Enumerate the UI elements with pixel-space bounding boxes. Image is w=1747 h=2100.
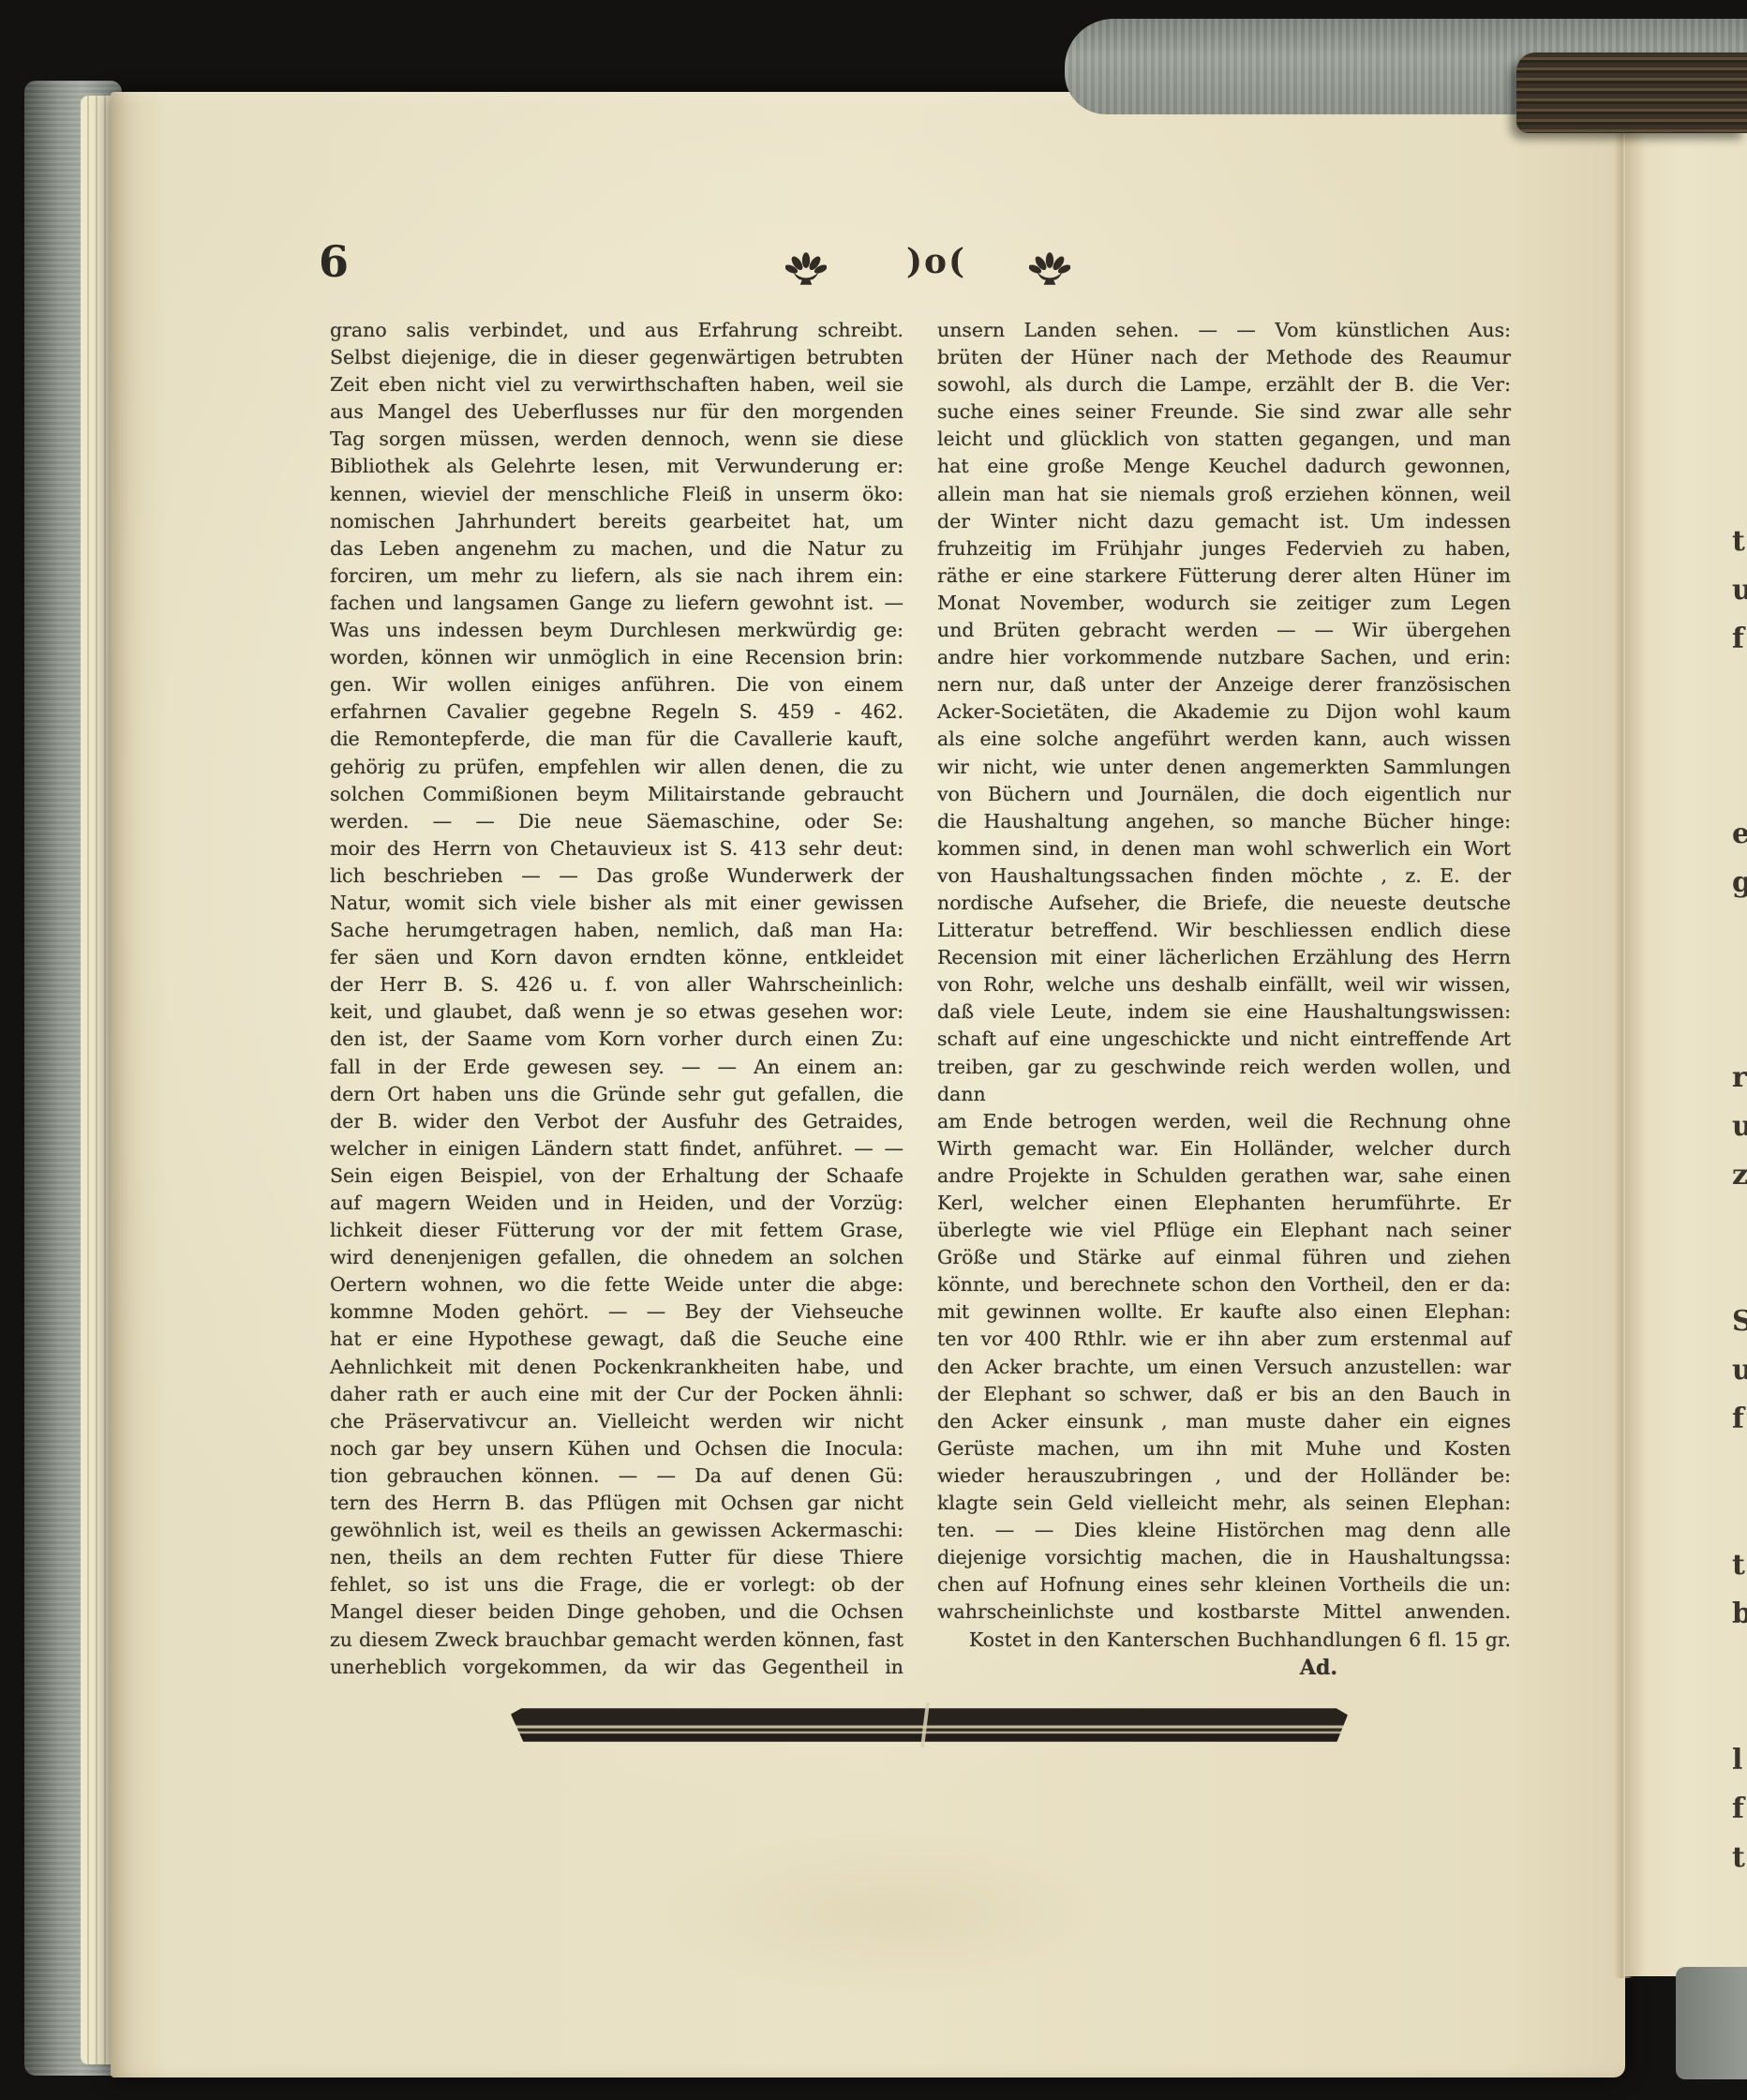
text-line: am Ende betrogen werden, weil die Rechnu… [937,1108,1511,1135]
text-line: den Acker brachte, um einen Versuch anzu… [937,1354,1511,1381]
text-line: daher rath er auch eine mit der Cur der … [330,1381,903,1408]
text-line: wieder herauszubringen , und der Holländ… [937,1462,1511,1490]
text-line: tion gebrauchen können. — — Da auf denen… [330,1462,903,1490]
text-line: und Brüten gebracht werden — — Wir überg… [937,617,1511,644]
text-line: wir nicht, wie unter denen angemerkten S… [937,754,1511,781]
text-line: brüten der Hüner nach der Methode des Re… [937,344,1511,371]
text-line: als eine solche angeführt werden kann, a… [937,726,1511,753]
text-line: von Rohr, welche uns deshalb einfällt, w… [937,971,1511,998]
text-line: fer säen und Korn davon erndten könne, e… [330,944,903,971]
text-line: welcher in einigen Ländern statt findet,… [330,1135,903,1162]
text-line: kennen, wieviel der menschliche Fleiß in… [330,481,903,508]
text-line: lichkeit dieser Fütterung vor der mit fe… [330,1217,903,1244]
text-line: chen auf Hofnung eines sehr kleinen Vort… [937,1571,1511,1598]
text-line: der Elephant so schwer, daß er bis an de… [937,1381,1511,1408]
text-line: fachen und langsamen Gange zu liefern ge… [330,590,903,617]
text-line: lich beschrieben — — Das große Wunderwer… [330,862,903,890]
text-line: klagte sein Geld vielleicht mehr, als se… [937,1490,1511,1517]
text-line: andre hier vorkommende nutzbare Sachen, … [937,644,1511,671]
page-number: 6 [319,236,349,287]
text-line: werden. — — Die neue Säemaschine, oder S… [330,808,903,835]
text-line: den ist, der Saame vom Korn vorher durch… [330,1026,903,1053]
left-text-column: grano salis verbindet, und aus Erfahrung… [330,317,903,1681]
text-line: solchen Commißionen beym Militairstande … [330,781,903,808]
text-line: Wirth gemacht war. Ein Holländer, welche… [937,1135,1511,1162]
text-line: Acker-Societäten, die Akademie zu Dijon … [937,698,1511,726]
text-line: sowohl, als durch die Lampe, erzählt der… [937,371,1511,398]
right-text-column: unsern Landen sehen. — — Vom künstlichen… [937,317,1511,1682]
text-line: erfahrnen Cavalier gegebne Regeln S. 459… [330,698,903,726]
text-line: räthe er eine starkere Fütterung derer a… [937,562,1511,590]
text-line: könnte, und berechnete schon den Vorthei… [937,1271,1511,1298]
text-line: andre Projekte in Schulden gerathen war,… [937,1162,1511,1190]
text-line: dern Ort haben uns die Gründe sehr gut g… [330,1081,903,1108]
text-line: aus Mangel des Ueberflusses nur für den … [330,398,903,426]
text-line: ten. — — Dies kleine Histörchen mag denn… [937,1517,1511,1544]
text-line: diejenige vorsichtig machen, die in Haus… [937,1544,1511,1571]
text-line: der Winter nicht dazu gemacht ist. Um in… [937,508,1511,535]
text-line: forciren, um mehr zu liefern, als sie na… [330,562,903,590]
text-line: schaft auf eine ungeschickte und nicht e… [937,1026,1511,1053]
text-line: mit gewinnen wollte. Er kaufte also eine… [937,1298,1511,1326]
text-line: Recension mit einer lächerlichen Erzählu… [937,944,1511,971]
text-line: nordische Aufseher, die Briefe, die neue… [937,890,1511,917]
shell-fleuron-icon [785,249,827,291]
text-line: daß viele Leute, indem sie eine Haushalt… [937,998,1511,1026]
text-line: unerheblich vorgekommen, da wir das Gege… [330,1654,903,1681]
text-line: nern nur, daß unter der Anzeige derer fr… [937,671,1511,698]
text-line: Gerüste machen, um ihn mit Muhe und Kost… [937,1435,1511,1462]
text-line: gen. Wir wollen einiges anführen. Die vo… [330,671,903,698]
text-line: ten vor 400 Rthlr. wie er ihn aber zum e… [937,1326,1511,1353]
text-line: noch gar bey unsern Kühen und Ochsen die… [330,1435,903,1462]
text-line: Zeit eben nicht viel zu verwirthschaften… [330,371,903,398]
facing-page-text-fragments: t u f e g r u z S u f t b l f t n k [1732,517,1747,2077]
price-line: Kostet in den Kanterschen Buchhandlungen… [937,1627,1511,1654]
text-line: Monat November, wodurch sie zeitiger zum… [937,590,1511,617]
text-line: hat eine große Menge Keuchel dadurch gew… [937,453,1511,480]
book-cover-bottom-right [1676,1967,1747,2079]
text-line: Oertern wohnen, wo die fette Weide unter… [330,1271,903,1298]
text-line: kommen sind, in denen man wohl schwerlic… [937,835,1511,862]
text-line: kommne Moden gehört. — — Bey der Viehseu… [330,1298,903,1326]
text-line: fall in der Erde gewesen sey. — — An ein… [330,1054,903,1081]
text-line: che Präservativcur an. Vielleicht werden… [330,1408,903,1435]
text-line: von Büchern und Journälen, die doch eige… [937,781,1511,808]
text-line: hat er eine Hypothese gewagt, daß die Se… [330,1326,903,1353]
left-column-lines: grano salis verbindet, und aus Erfahrung… [330,317,903,1681]
facing-page-sliver: t u f e g r u z S u f t b l f t n k [1625,114,1747,1976]
scanned-book-photo: { "document": { "page_number": "6", "hea… [0,0,1747,2100]
text-line: den Acker einsunk , man muste daher ein … [937,1408,1511,1435]
text-line: Tag sorgen müssen, werden dennoch, wenn … [330,426,903,453]
text-line: die Remontepferde, die man für die Caval… [330,726,903,753]
signature-mark: )o( [885,242,988,281]
text-line: gewöhnlich ist, weil es theils an gewiss… [330,1517,903,1544]
text-line: Aehnlichkeit mit denen Pockenkrankheiten… [330,1354,903,1381]
text-line: keit, und glaubet, daß wenn je so etwas … [330,998,903,1026]
text-line: Was uns indessen beym Durchlesen merkwür… [330,617,903,644]
text-line: fehlet, so ist uns die Frage, die er vor… [330,1571,903,1598]
text-line: grano salis verbindet, und aus Erfahrung… [330,317,903,344]
text-line: Selbst diejenige, die in dieser gegenwär… [330,344,903,371]
text-line: überlegte wie viel Pflüge ein Elephant n… [937,1217,1511,1244]
text-line: moir des Herrn von Chetauvieux ist S. 41… [330,835,903,862]
text-line: worden, können wir unmöglich in eine Rec… [330,644,903,671]
text-line: gehörig zu prüfen, empfehlen wir allen d… [330,754,903,781]
end-of-article-rule [511,1708,1348,1742]
text-line: der Herr B. S. 426 u. f. von aller Wahrs… [330,971,903,998]
text-line: Natur, womit sich viele bisher als mit e… [330,890,903,917]
text-line: das Leben angenehm zu machen, und die Na… [330,535,903,562]
text-line: tern des Herrn B. das Pflügen mit Ochsen… [330,1490,903,1517]
text-line: treiben, gar zu geschwinde reich werden … [937,1054,1511,1108]
text-line: nen, theils an dem rechten Futter für di… [330,1544,903,1571]
text-line: Sache herumgetragen haben, nemlich, daß … [330,917,903,944]
right-column-lines: unsern Landen sehen. — — Vom künstlichen… [937,317,1511,1627]
text-line: von Haushaltungssachen finden möchte , z… [937,862,1511,890]
text-line: Sein eigen Beispiel, von der Erhaltung d… [330,1162,903,1190]
text-line: Litteratur betreffend. Wir beschliessen … [937,917,1511,944]
text-line: allein man hat sie niemals groß erziehen… [937,481,1511,508]
text-line: auf magern Weiden und in Heiden, und der… [330,1190,903,1217]
text-line: zu diesem Zweck brauchbar gemacht werden… [330,1627,903,1654]
text-line: suche eines seiner Freunde. Sie sind zwa… [937,398,1511,426]
text-line: Bibliothek als Gelehrte lesen, mit Verwu… [330,453,903,480]
reviewer-signature: Ad. [937,1654,1511,1682]
shell-fleuron-icon [1029,249,1070,291]
text-line: Größe und Stärke auf einmal führen und z… [937,1244,1511,1271]
text-line: die Haushaltung angehen, so manche Büche… [937,808,1511,835]
page-block-fore-edge [1516,52,1747,133]
text-line: Mangel dieser beiden Dinge gehoben, und … [330,1598,903,1626]
text-line: nomischen Jahrhundert bereits gearbeitet… [330,508,903,535]
text-line: leicht und glücklich von statten gegange… [937,426,1511,453]
text-line: wird denenjenigen gefallen, die ohnedem … [330,1244,903,1271]
text-line: fruhzeitig im Frühjahr junges Federvieh … [937,535,1511,562]
text-line: unsern Landen sehen. — — Vom künstlichen… [937,317,1511,344]
text-line: Kerl, welcher einen Elephanten herumführ… [937,1190,1511,1217]
text-line: der B. wider den Verbot der Ausfuhr des … [330,1108,903,1135]
text-line: wahrscheinlichste und kostbarste Mittel … [937,1598,1511,1626]
